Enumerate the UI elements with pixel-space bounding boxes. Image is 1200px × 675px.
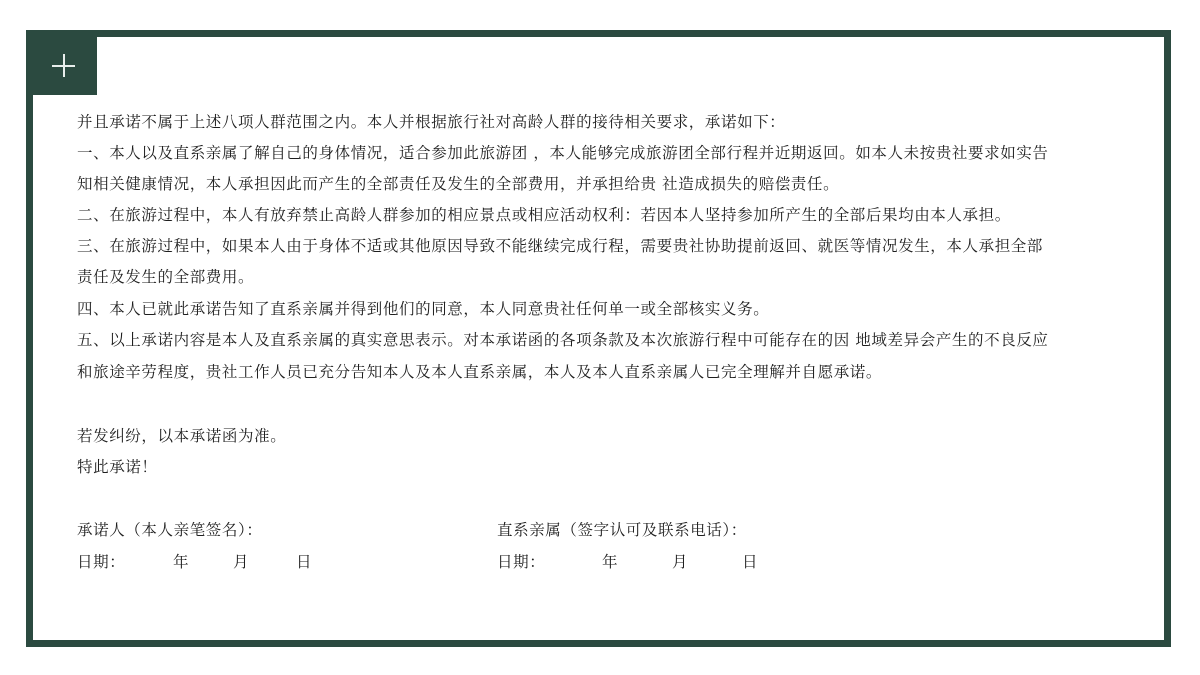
left-date-month: 月 <box>233 552 249 572</box>
right-date-year: 年 <box>602 552 618 572</box>
paragraph-item-1: 一、本人以及直系亲属了解自己的身体情况，适合参加此旅游团 ，本人能够完成旅游团全… <box>77 143 1049 163</box>
right-date-day: 日 <box>742 552 758 572</box>
paragraph-intro: 并且承诺不属于上述八项人群范围之内。本人并根据旅行社对高龄人群的接待相关要求，承… <box>77 112 785 132</box>
left-date-year: 年 <box>173 552 189 572</box>
left-date-day: 日 <box>296 552 312 572</box>
paragraph-item-2: 二、在旅游过程中，本人有放弃禁止高龄人群参加的相应景点或相应活动权利：若因本人坚… <box>77 205 1011 225</box>
right-date-label: 日期： <box>497 552 545 572</box>
right-date-month: 月 <box>672 552 688 572</box>
closing-statement: 特此承诺！ <box>77 457 158 477</box>
paragraph-item-5-cont: 和旅途辛劳程度，贵社工作人员已充分告知本人及本人直系亲属，本人及本人直系亲属人已… <box>77 362 882 382</box>
relative-signature-label: 直系亲属（签字认可及联系电话）： <box>497 520 747 540</box>
plus-icon <box>52 54 75 77</box>
paragraph-item-3: 三、在旅游过程中，如果本人由于身体不适或其他原因导致不能继续完成行程，需要贵社协… <box>77 236 1043 256</box>
paragraph-item-5: 五、以上承诺内容是本人及直系亲属的真实意思表示。对本承诺函的各项条款及本次旅游行… <box>77 330 1049 350</box>
dispute-clause: 若发纠纷，以本承诺函为准。 <box>77 426 286 446</box>
paragraph-item-1-cont: 知相关健康情况，本人承担因此而产生的全部责任及发生的全部费用，并承担给贵 社造成… <box>77 174 839 194</box>
paragraph-item-3-cont: 责任及发生的全部费用。 <box>77 267 254 287</box>
promisor-signature-label: 承诺人（本人亲笔签名）： <box>77 520 262 540</box>
paragraph-item-4: 四、本人已就此承诺告知了直系亲属并得到他们的同意，本人同意贵社任何单一或全部核实… <box>77 299 769 319</box>
left-date-label: 日期： <box>77 552 125 572</box>
